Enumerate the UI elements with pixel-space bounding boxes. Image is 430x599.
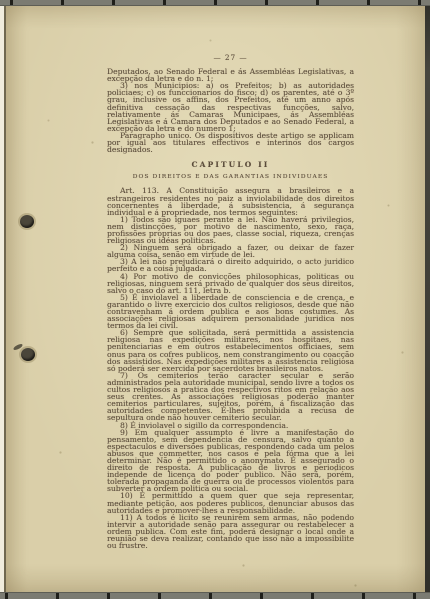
scanner-backing-right: [425, 0, 430, 599]
scanner-ruler-top: [0, 0, 430, 6]
scanned-page-view: — 27 — Deputados, ao Senado Federal e ás…: [0, 0, 430, 599]
chapter-heading: CAPITULO II: [107, 161, 354, 168]
paragraph: Paragrapho unico. Os dispositivos deste …: [107, 132, 354, 153]
paragraph: 11) A todos é licito se reunirem sem arm…: [107, 514, 354, 549]
paragraph: 9) Em qualquer assumpto é livre a manife…: [107, 429, 354, 493]
paragraph: 3) nos Municipios: a) os Prefeitos; b) a…: [107, 82, 354, 132]
paragraph: 10) É permittido a quem quer que seja re…: [107, 492, 354, 513]
paragraph: 1) Todos são iguaes perante a lei. Não h…: [107, 216, 354, 244]
document-text-column: — 27 — Deputados, ao Senado Federal e ás…: [107, 54, 354, 549]
paragraph: 7) Os cemiterios terão caracter secular …: [107, 372, 354, 422]
paragraph: 6) Sempre que solicitada, será permittid…: [107, 329, 354, 372]
paragraph: 5) É inviolavel a liberdade de conscienc…: [107, 294, 354, 329]
paragraph: Deputados, ao Senado Federal e ás Assemb…: [107, 68, 354, 82]
paragraph: 2) Ninguem será obrigado a fazer, ou dei…: [107, 244, 354, 258]
paragraph: 4) Por motivo de convicções philosophica…: [107, 273, 354, 294]
punch-hole-top: [20, 215, 34, 228]
page-edge-left: [0, 5, 4, 593]
punch-hole-bottom: [21, 348, 35, 361]
chapter-subheading: DOS DIREITOS E DAS GARANTIAS INDIVIDUAES: [107, 174, 354, 181]
paragraph: Art. 113. A Constituição assegura a bras…: [107, 187, 354, 215]
paragraph: 3) A lei não prejudicará o direito adqui…: [107, 258, 354, 272]
scanner-ruler-bottom: [0, 592, 430, 599]
page-number: — 27 —: [107, 54, 354, 61]
